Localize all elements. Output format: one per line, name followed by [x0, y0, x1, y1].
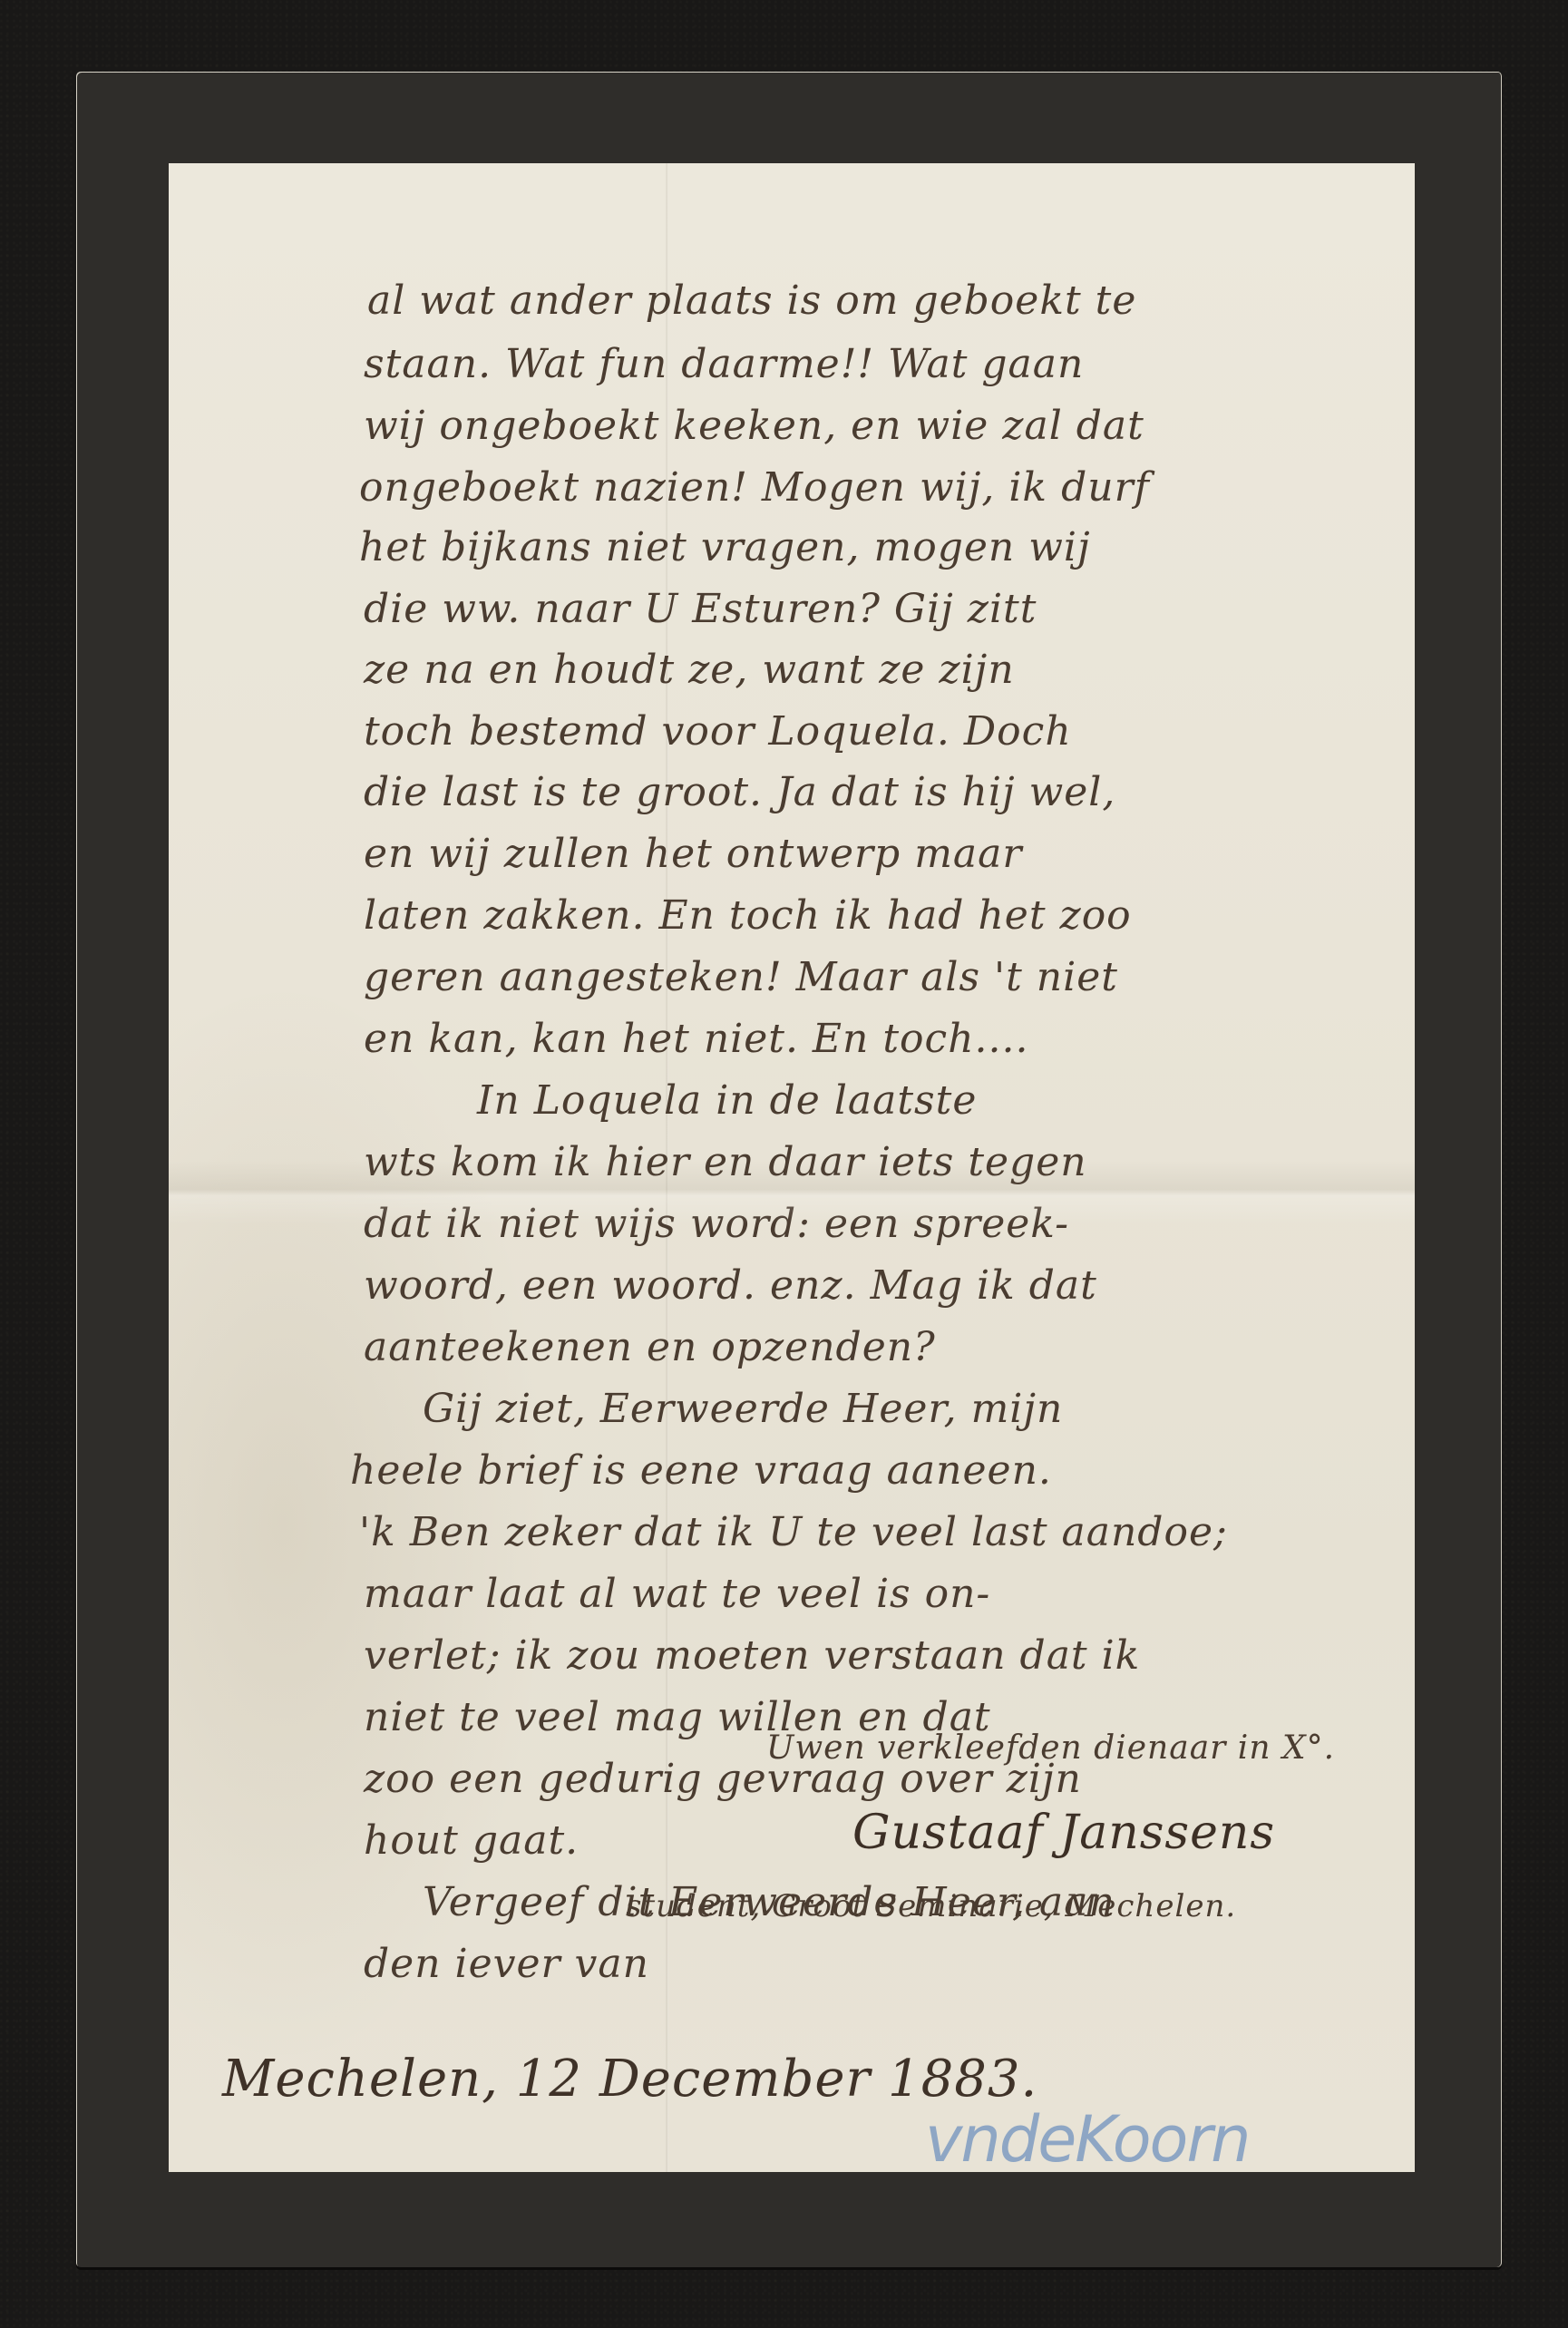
letter-line: woord, een woord. enz. Mag ik dat — [364, 1266, 1097, 1306]
letter-line: In Loquela in de laatste — [477, 1081, 977, 1121]
letter-dateline: Mechelen, 12 December 1883. — [222, 2054, 1037, 2105]
letter-line: dat ik niet wijs word: een spreek- — [364, 1204, 1069, 1244]
letter-line: wts kom ik hier en daar iets tegen — [364, 1143, 1087, 1183]
signature-affiliation: student, Groot Seminarie, Mechelen. — [626, 1891, 1236, 1922]
letter-line: en wij zullen het ontwerp maar — [364, 834, 1022, 874]
letter-line: laten zakken. En toch ik had het zoo — [364, 896, 1132, 936]
letter-line: den iever van — [364, 1944, 649, 1984]
signature: Gustaaf Janssens — [852, 1809, 1275, 1856]
letter-line: die ww. naar U Esturen? Gij zitt — [364, 589, 1037, 629]
letter-line: die last is te groot. Ja dat is hij wel, — [364, 773, 1115, 813]
letter-line: hout gaat. — [364, 1821, 579, 1861]
letter-line: het bijkans niet vragen, mogen wij — [359, 528, 1091, 568]
letter-closing: Uwen verkleefden dienaar in X°. — [766, 1732, 1335, 1765]
letter-line: heele brief is eene vraag aaneen. — [350, 1451, 1052, 1491]
letter-line: wij ongeboekt keeken, en wie zal dat — [364, 406, 1144, 446]
letter-page: al wat ander plaats is om geboekt te sta… — [169, 163, 1415, 2172]
archival-pencil-note: vndeKoorn — [925, 2102, 1250, 2177]
letter-line: aanteekenen en opzenden? — [364, 1328, 936, 1368]
letter-line: ongeboekt nazien! Mogen wij, ik durf — [359, 468, 1150, 508]
letter-line: al wat ander plaats is om geboekt te — [367, 281, 1136, 321]
letter-line: Gij ziet, Eerweerde Heer, mijn — [423, 1389, 1063, 1429]
letter-line: ze na en houdt ze, want ze zijn — [364, 650, 1015, 690]
letter-line: toch bestemd voor Loquela. Doch — [364, 712, 1072, 752]
letter-line: geren aangesteken! Maar als 't niet — [364, 958, 1118, 998]
letter-line: 'k Ben zeker dat ik U te veel last aando… — [359, 1513, 1228, 1553]
letter-line: staan. Wat fun daarme!! Wat gaan — [364, 345, 1084, 385]
letter-line: maar laat al wat te veel is on- — [364, 1574, 990, 1614]
letter-line: en kan, kan het niet. En toch.... — [364, 1019, 1028, 1059]
letter-line: verlet; ik zou moeten verstaan dat ik — [364, 1636, 1140, 1676]
